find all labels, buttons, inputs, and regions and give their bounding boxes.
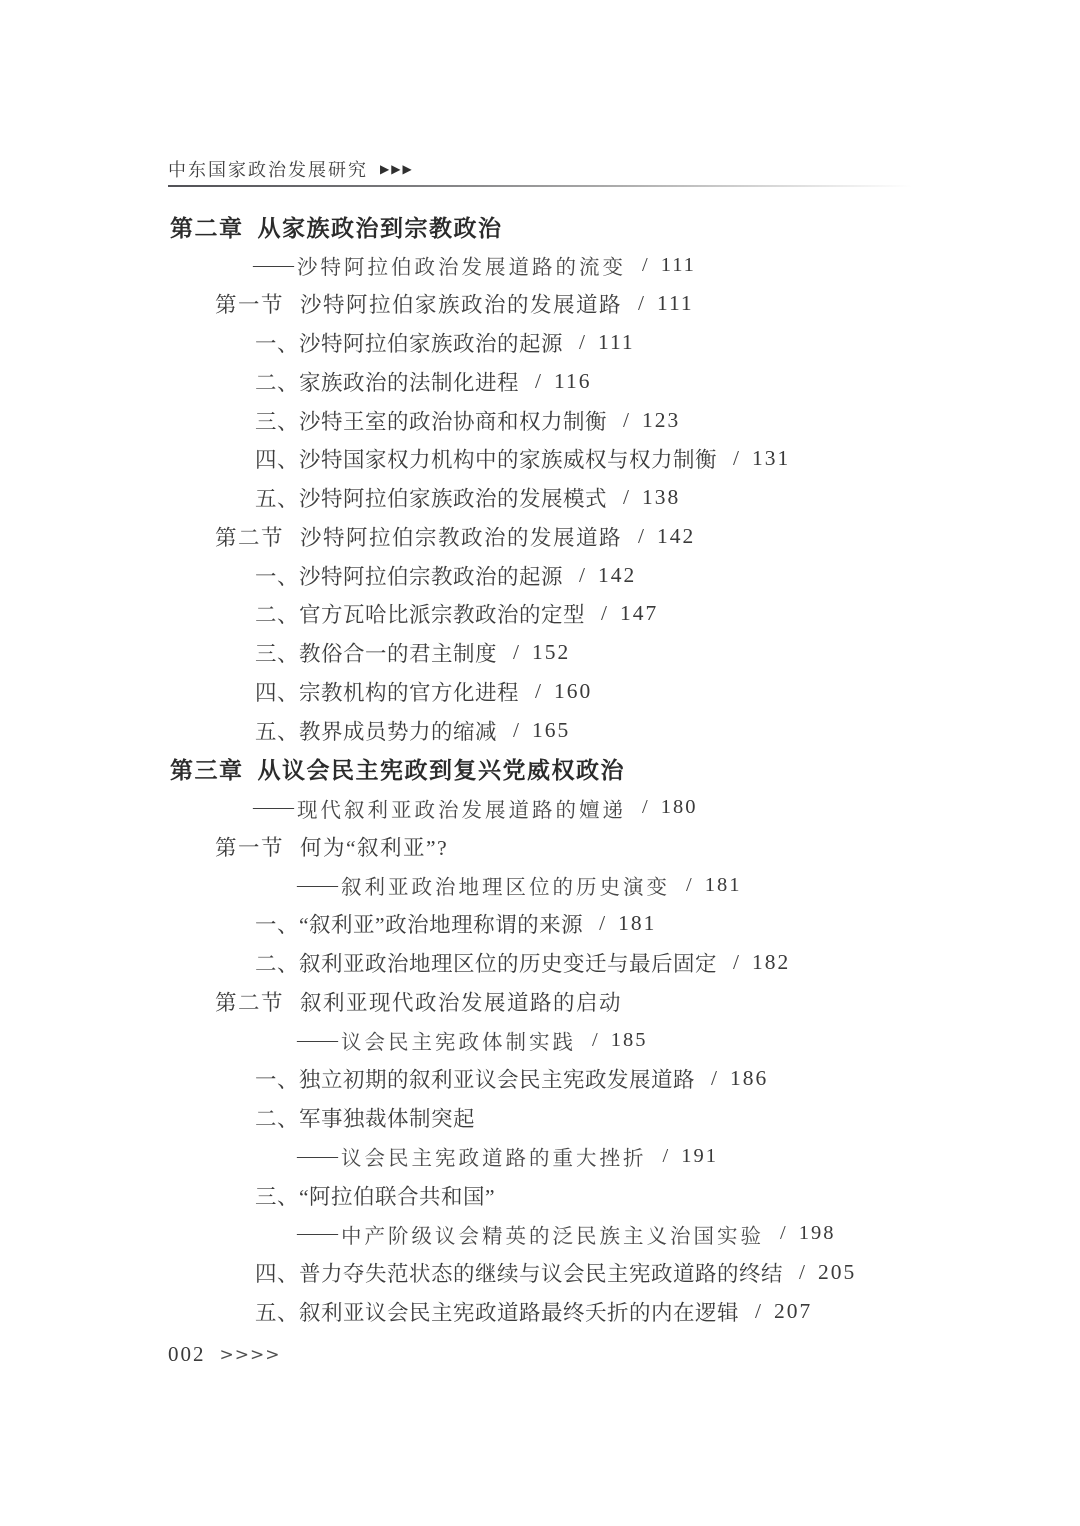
toc-entry-title: 二、军事独裁体制突起: [255, 1102, 475, 1133]
page-separator: /: [513, 718, 519, 743]
toc-entry-label: 第一节: [215, 831, 284, 862]
subtitle-dash: ——: [297, 1222, 338, 1245]
page-number: 147: [620, 601, 658, 626]
toc-chapter: 第三章 从议会民主宪政到复兴党威权政治: [0, 750, 1080, 789]
page-separator: /: [686, 874, 692, 897]
toc-section-sub: —— 议会民主宪政体制实践 / 185: [0, 1021, 1080, 1060]
toc-entry-title: 沙特阿拉伯政治发展道路的流变: [297, 250, 626, 280]
toc-item: 一、独立初期的叙利亚议会民主宪政发展道路 / 186: [0, 1060, 1080, 1099]
toc-item: 二、家族政治的法制化进程 / 116: [0, 362, 1080, 401]
toc-entry-title: 中产阶级议会精英的泛民族主义治国实验: [341, 1219, 764, 1249]
header-rule: [168, 185, 912, 187]
page-separator: /: [535, 679, 541, 704]
page-separator: /: [638, 524, 644, 549]
page-separator: /: [663, 1145, 669, 1168]
toc-item: 四、普力夺失范状态的继续与议会民主宪政道路的终结 / 205: [0, 1253, 1080, 1292]
page-footer: 002 >>>>: [168, 1342, 280, 1367]
toc-entry-title: 从议会民主宪政到复兴党威权政治: [258, 752, 626, 785]
toc-entry-label: 第二章: [170, 210, 244, 243]
toc-item: 一、沙特阿拉伯家族政治的起源 / 111: [0, 323, 1080, 362]
folio-page-number: 002: [168, 1342, 206, 1367]
page-number: 142: [657, 524, 695, 549]
toc-entry-title: 叙利亚政治地理区位的历史演变: [341, 870, 670, 900]
page-number: 111: [657, 291, 694, 316]
toc-entry-title: 五、沙特阿拉伯家族政治的发展模式: [255, 482, 607, 513]
page-separator: /: [733, 446, 739, 471]
page-number: 165: [532, 718, 570, 743]
toc-item: 五、教界成员势力的缩减 / 165: [0, 711, 1080, 750]
page-number: 181: [618, 911, 656, 936]
toc-section: 第一节 沙特阿拉伯家族政治的发展道路 / 111: [0, 285, 1080, 324]
subtitle-dash: ——: [297, 1029, 338, 1052]
page-separator: /: [755, 1299, 761, 1324]
toc-entry-title: 五、教界成员势力的缩减: [255, 715, 497, 746]
toc-entry-title: 议会民主宪政道路的重大挫折: [341, 1141, 647, 1171]
toc-item: 三、“阿拉伯联合共和国”: [0, 1176, 1080, 1215]
page-separator: /: [601, 601, 607, 626]
page-number: 205: [818, 1260, 856, 1285]
page-number: 116: [554, 369, 591, 394]
subtitle-dash: ——: [253, 254, 294, 277]
toc-entry-title: 二、家族政治的法制化进程: [255, 366, 519, 397]
page-number: 111: [598, 330, 635, 355]
page-number: 131: [752, 446, 790, 471]
page-separator: /: [642, 254, 648, 277]
toc-entry-title: 叙利亚现代政治发展道路的启动: [300, 986, 622, 1017]
page-separator: /: [623, 408, 629, 433]
toc-item: 三、教俗合一的君主制度 / 152: [0, 633, 1080, 672]
toc-item: 一、“叙利亚”政治地理称谓的来源 / 181: [0, 905, 1080, 944]
page-number: 111: [661, 254, 696, 277]
toc-entry-label: 第二节: [215, 986, 284, 1017]
toc-chapter: 第二章 从家族政治到宗教政治: [0, 207, 1080, 246]
toc-item: 二、军事独裁体制突起: [0, 1098, 1080, 1137]
subtitle-dash: ——: [297, 874, 338, 897]
toc-item: 二、官方瓦哈比派宗教政治的定型 / 147: [0, 595, 1080, 634]
page-separator: /: [579, 563, 585, 588]
page-number: 142: [598, 563, 636, 588]
toc-entry-title: 三、沙特王室的政治协商和权力制衡: [255, 405, 607, 436]
subtitle-dash: ——: [253, 796, 294, 819]
toc-section: 第二节 沙特阿拉伯宗教政治的发展道路 / 142: [0, 517, 1080, 556]
toc-section-sub: —— 叙利亚政治地理区位的历史演变 / 181: [0, 866, 1080, 905]
page-separator: /: [513, 640, 519, 665]
toc-entry-label: 第三章: [170, 752, 244, 785]
toc-entry-title: 四、宗教机构的官方化进程: [255, 676, 519, 707]
page-number: 160: [554, 679, 592, 704]
page-separator: /: [592, 1029, 598, 1052]
page-number: 180: [661, 796, 698, 819]
page-number: 138: [642, 485, 680, 510]
toc-item: 二、叙利亚政治地理区位的历史变迁与最后固定 / 182: [0, 943, 1080, 982]
toc-entry-title: 沙特阿拉伯宗教政治的发展道路: [300, 521, 622, 552]
page-number: 207: [774, 1299, 812, 1324]
toc-section-sub: —— 议会民主宪政道路的重大挫折 / 191: [0, 1137, 1080, 1176]
page-number: 152: [532, 640, 570, 665]
page-separator: /: [579, 330, 585, 355]
page-number: 185: [611, 1029, 648, 1052]
toc-entry-title: 四、普力夺失范状态的继续与议会民主宪政道路的终结: [255, 1257, 783, 1288]
toc-chapter-sub: —— 沙特阿拉伯政治发展道路的流变 / 111: [0, 246, 1080, 285]
page-separator: /: [733, 950, 739, 975]
toc-entry-title: 一、“叙利亚”政治地理称谓的来源: [255, 908, 583, 939]
page-separator: /: [799, 1260, 805, 1285]
page-separator: /: [780, 1222, 786, 1245]
toc-item: 五、沙特阿拉伯家族政治的发展模式 / 138: [0, 478, 1080, 517]
toc-entry-title: 二、官方瓦哈比派宗教政治的定型: [255, 598, 585, 629]
toc-entry-title: 五、叙利亚议会民主宪政道路最终夭折的内在逻辑: [255, 1296, 739, 1327]
toc-chapter-sub: —— 现代叙利亚政治发展道路的嬗递 / 180: [0, 788, 1080, 827]
toc-item: 五、叙利亚议会民主宪政道路最终夭折的内在逻辑 / 207: [0, 1292, 1080, 1331]
page-separator: /: [642, 796, 648, 819]
page-separator: /: [599, 911, 605, 936]
page-separator: /: [623, 485, 629, 510]
toc-section: 第一节 何为“叙利亚”?: [0, 827, 1080, 866]
footer-arrows-icon: >>>>: [220, 1345, 281, 1365]
page-number: 123: [642, 408, 680, 433]
toc-entry-title: 一、独立初期的叙利亚议会民主宪政发展道路: [255, 1063, 695, 1094]
page-separator: /: [711, 1066, 717, 1091]
toc-entry-title: 二、叙利亚政治地理区位的历史变迁与最后固定: [255, 947, 717, 978]
page-number: 198: [799, 1222, 836, 1245]
header-arrows-icon: ▶▶▶: [380, 162, 414, 176]
book-title: 中东国家政治发展研究: [168, 156, 368, 182]
toc-entry-title: 沙特阿拉伯家族政治的发展道路: [300, 288, 622, 319]
toc-section-sub: —— 中产阶级议会精英的泛民族主义治国实验 / 198: [0, 1215, 1080, 1254]
toc-entry-title: 现代叙利亚政治发展道路的嬗递: [297, 793, 626, 823]
page-number: 182: [752, 950, 790, 975]
toc-entry-label: 第二节: [215, 521, 284, 552]
toc-entry-title: 三、教俗合一的君主制度: [255, 637, 497, 668]
toc-item: 一、沙特阿拉伯宗教政治的起源 / 142: [0, 556, 1080, 595]
toc-entry-title: 一、沙特阿拉伯家族政治的起源: [255, 327, 563, 358]
page-number: 191: [681, 1145, 718, 1168]
toc-entry-label: 第一节: [215, 288, 284, 319]
toc-entry-title: 四、沙特国家权力机构中的家族威权与权力制衡: [255, 443, 717, 474]
book-toc-page: 中东国家政治发展研究 ▶▶▶ 第二章 从家族政治到宗教政治 —— 沙特阿拉伯政治…: [0, 0, 1080, 1526]
running-header: 中东国家政治发展研究 ▶▶▶: [168, 156, 414, 182]
page-separator: /: [638, 291, 644, 316]
toc-entry-title: 从家族政治到宗教政治: [258, 210, 503, 243]
toc-item: 四、沙特国家权力机构中的家族威权与权力制衡 / 131: [0, 440, 1080, 479]
toc-section: 第二节 叙利亚现代政治发展道路的启动: [0, 982, 1080, 1021]
toc-entry-title: 一、沙特阿拉伯宗教政治的起源: [255, 560, 563, 591]
toc-item: 四、宗教机构的官方化进程 / 160: [0, 672, 1080, 711]
toc-entry-title: 何为“叙利亚”?: [300, 831, 448, 862]
subtitle-dash: ——: [297, 1145, 338, 1168]
toc-entry-title: 三、“阿拉伯联合共和国”: [255, 1180, 495, 1211]
page-separator: /: [535, 369, 541, 394]
page-number: 186: [730, 1066, 768, 1091]
table-of-contents: 第二章 从家族政治到宗教政治 —— 沙特阿拉伯政治发展道路的流变 / 111 第…: [0, 207, 1080, 1331]
page-number: 181: [705, 874, 742, 897]
toc-item: 三、沙特王室的政治协商和权力制衡 / 123: [0, 401, 1080, 440]
toc-entry-title: 议会民主宪政体制实践: [341, 1025, 576, 1055]
